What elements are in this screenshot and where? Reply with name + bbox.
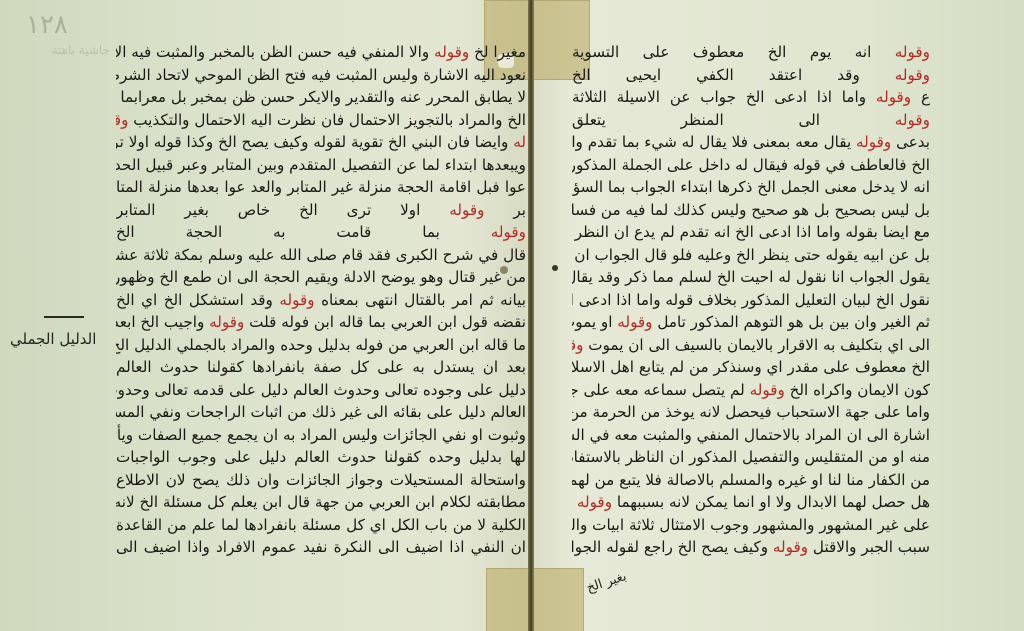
line-text: لم يتصل سماعه معه على جهة الوجوب — [572, 381, 750, 399]
text-line: له وايضا فان البني الخ تقوية لقوله وكيف … — [116, 131, 526, 154]
rubric-word: وقوله — [856, 133, 891, 151]
rubric-word: وقوله — [722, 561, 757, 562]
line-text: من غير قتال وهو يوضح الادلة ويقيم الحجة … — [116, 268, 526, 286]
text-line: ما قاله ابن العربي من فوله بدليل وحده وا… — [116, 334, 526, 357]
text-line: ثم الغير وان بين بل هو التوهم المذكور تا… — [572, 311, 930, 334]
line-text: وايضا فان البني الخ تقوية لقوله وكيف يصح… — [116, 133, 513, 151]
rubric-word: وقوله — [577, 493, 612, 511]
line-text: لما ظهر له تعالى — [572, 561, 722, 562]
rubric-word: وقوله — [750, 381, 785, 399]
line-text: ويبعدها ابتداء لما عن التفصيل المتقدم وب… — [116, 156, 526, 174]
text-line: ان النفي اذا اضيف الى النكرة نفيد عموم ا… — [116, 536, 526, 559]
line-text: انه لا يدخل معنى الجمل الخ ذكرها ابتداء … — [572, 178, 930, 196]
line-text: واما اذا ادعى الخ جواب عن الاسيلة الثلاث… — [572, 88, 876, 106]
rubric-word: وقوله — [773, 538, 808, 556]
line-text: وقد اعتقد الكفي ايحيى الخ — [572, 66, 895, 84]
text-line: كون الايمان واكراه الخ وقوله لم يتصل سما… — [572, 379, 930, 402]
text-line: واستحالة المستحيلات وجواز الجائزات وان ذ… — [116, 469, 526, 492]
manuscript-spread: ١٢٨ حاشية باهتة الدليل الجملي مغيرا لخ و… — [0, 0, 1024, 631]
line-text: وثبوت او نفي الجائزات وليس المراد به ان … — [116, 426, 526, 444]
text-line: من الكفار منا لنا او غيره والمسلم بالاصا… — [572, 469, 930, 492]
text-line: بعد ان يستدل به على كل صفة بانفرادها كقو… — [116, 356, 526, 379]
text-line: بر وقوله اولا ترى الخ خاص بغير المتابر — [116, 199, 526, 222]
text-line: نقضه قول ابن العربي بما قاله ابن فوله قل… — [116, 311, 526, 334]
rubric-word: وقوله — [209, 313, 244, 331]
line-text: قال في شرح الكبرى فقد قام صلى الله عليه … — [116, 246, 526, 264]
text-line: دليل على وجوده تعالى وحدوث العالم دليل ع… — [116, 379, 526, 402]
line-text: الخ معطوف على مقدر اي وسنذكر من لم يتابع… — [572, 358, 930, 376]
text-line: من غير قتال وهو يوضح الادلة ويقيم الحجة … — [116, 266, 526, 289]
line-text: كون الايمان واكراه الخ — [785, 381, 930, 399]
line-text: نعود اليه الاشارة وليس المثبت فيه فتح ال… — [116, 66, 526, 84]
line-text: انه يوم الخ معطوف على التسوية — [572, 43, 895, 61]
text-line: الخ فالعاطف في قوله فيقال له داخل على ال… — [572, 154, 930, 177]
line-text: بعد ان يستدل به على كل صفة بانفرادها كقو… — [116, 358, 526, 376]
rubric-word: وقوله — [449, 201, 484, 219]
line-text: العالم دليل على بقائه الى غير ذلك من اثب… — [116, 403, 526, 421]
text-line: يقول الجواب انا نقول له احيت الخ لسلم مم… — [572, 266, 930, 289]
line-text: دليل على وجوده تعالى وحدوث العالم دليل ع… — [116, 381, 526, 399]
rubric-word: وقوله — [895, 66, 930, 84]
text-line: بل ليس بصحيح بل هو صحيح وليس كذلك لما في… — [572, 199, 930, 222]
line-text: قد تقدمنا التنبيه عليه — [757, 561, 930, 562]
line-text: بر — [484, 201, 526, 219]
line-text: اشارة الى ان المراد بالاحتمال المنفي وال… — [572, 426, 930, 444]
text-line: بيانه ثم امر بالقتال انتهى بمعناه وقوله … — [116, 289, 526, 312]
text-line: الى اي بتكليف به الاقرار بالايمان بالسيف… — [572, 334, 930, 357]
rubric-word: وقوله — [434, 43, 469, 61]
line-text: ثم الغير وان بين بل هو التوهم المذكور تا… — [653, 313, 930, 331]
line-text: مطابقته لكلام ابن العربي من جهة قال ابن … — [116, 493, 526, 511]
line-text: واستحالة المستحيلات وجواز الجائزات وان ذ… — [116, 471, 526, 489]
text-line: وقوله وقد اعتقد الكفي ايحيى الخ — [572, 64, 930, 87]
text-line: العالم دليل على بقائه الى غير ذلك من اثب… — [116, 401, 526, 424]
text-line: وقوله انه يوم الخ معطوف على التسوية — [572, 41, 930, 64]
text-line: بدعى وقوله يقال معه بمعنى فلا يقال له شي… — [572, 131, 930, 154]
line-text: الكلية لا من باب الكل اي كل مسئلة بانفرا… — [116, 516, 526, 534]
line-text: لا يطابق المحرر عنه والتقدير والايكر حسن… — [116, 88, 526, 106]
line-text: من الكفار منا لنا او غيره والمسلم بالاصا… — [572, 471, 930, 489]
rubric-word: وقوله — [572, 336, 583, 354]
text-line: اشارة الى ان المراد بالاحتمال المنفي وال… — [572, 424, 930, 447]
line-text: واجيب الخ ابعد — [116, 313, 209, 331]
line-text: ع — [911, 88, 930, 106]
left-page-text: مغيرا لخ وقوله والا المنفي فيه حسن الظن … — [116, 41, 526, 586]
line-text: نقول الخ لبيان التعليل المذكور بخلاف قول… — [572, 291, 930, 309]
line-text: بل ليس بصحيح بل هو صحيح وليس كذلك لما في… — [572, 201, 930, 219]
line-text: بيانه ثم امر بالقتال انتهى بمعناه — [315, 291, 526, 309]
line-text: بدعى — [891, 133, 930, 151]
text-line: نقول الخ لبيان التعليل المذكور بخلاف قول… — [572, 289, 930, 312]
line-text: نقضه قول ابن العربي بما قاله ابن فوله قل… — [244, 313, 526, 331]
line-text: واما على جهة الاستحباب فيحصل لانه يوخذ م… — [572, 403, 930, 421]
text-line: على غير المشهور والمشهور وجوب الامتثال ث… — [572, 514, 930, 537]
line-text: مع ايضا بقوله واما اذا ادعى الخ انه تقدم… — [572, 223, 930, 241]
text-line: انه لا يدخل معنى الجمل الخ ذكرها ابتداء … — [572, 176, 930, 199]
text-line: بل عن ابيه يقوله حتى ينظر الخ وعليه فلو … — [572, 244, 930, 267]
text-line: ع وقوله واما اذا ادعى الخ جواب عن الاسيل… — [572, 86, 930, 109]
rubric-word: وقوله — [895, 43, 930, 61]
book-gutter — [528, 0, 534, 631]
line-text: عوا فبل اقامة الحجة منزلة غير المتابر وا… — [116, 178, 526, 196]
margin-mark — [44, 316, 84, 318]
rubric-word: وقوله — [491, 223, 526, 241]
left-margin-note: الدليل الجملي — [10, 330, 96, 348]
rubric-word: وقوله — [895, 111, 930, 129]
rubric-word: وقو — [116, 111, 128, 129]
text-line: الخ معطوف على مقدر اي وسنذكر من لم يتابع… — [572, 356, 930, 379]
line-text: الى المنظر يتعلق — [572, 111, 895, 129]
line-text: ما قاله ابن العربي من فوله بدليل وحده وا… — [116, 336, 526, 354]
text-line: مغيرا لخ وقوله والا المنفي فيه حسن الظن … — [116, 41, 526, 64]
rubric-word: وقوله — [876, 88, 911, 106]
line-text: يقول الجواب انا نقول له احيت الخ لسلم مم… — [572, 268, 930, 286]
line-text: مغيرا لخ — [469, 43, 526, 61]
text-line: مطابقته لكلام ابن العربي من جهة قال ابن … — [116, 491, 526, 514]
ink-dot — [552, 265, 558, 271]
line-text: ان النفي اذا اضيف الى النكرة نفيد عموم ا… — [116, 538, 526, 556]
text-line: سبب الجبر والاقتل وقوله وكيف يصح الخ راج… — [572, 536, 930, 559]
text-line: ويبعدها ابتداء لما عن التفصيل المتقدم وب… — [116, 154, 526, 177]
line-text: بل عن ابيه يقوله حتى ينظر الخ وعليه فلو … — [572, 246, 930, 264]
text-line: وقوله الى المنظر يتعلق — [572, 109, 930, 132]
line-text: الخ والمراد بالتجويز الاحتمال فان نظرت ا… — [128, 111, 526, 129]
line-text: او يموت او فيه بمعنى — [572, 313, 617, 331]
line-text: على غير المشهور والمشهور وجوب الامتثال ث… — [572, 516, 930, 534]
rubric-word: له — [513, 133, 526, 151]
text-line: وثبوت او نفي الجائزات وليس المراد به ان … — [116, 424, 526, 447]
line-text: اولا ترى الخ خاص بغير المتابر — [116, 201, 449, 219]
line-text: سبب الجبر والاقتل — [808, 538, 930, 556]
text-line: منه او من المتقليس والتفصيل المذكور ان ا… — [572, 446, 930, 469]
folio-number: ١٢٨ — [26, 10, 68, 40]
text-line: هل حصل لهما الابدال ولا او انما يمكن لان… — [572, 491, 930, 514]
line-text: الى اي بتكليف به الاقرار بالايمان بالسيف… — [583, 336, 930, 354]
text-line: لا يطابق المحرر عنه والتقدير والايكر حسن… — [116, 86, 526, 109]
line-text: والا المنفي فيه حسن الظن بالمخبر والمثبت… — [116, 43, 434, 61]
line-text: بما قامت به الحجة الخ — [116, 223, 491, 241]
text-line: قال في شرح الكبرى فقد قام صلى الله عليه … — [116, 244, 526, 267]
text-line: واما على جهة الاستحباب فيحصل لانه يوخذ م… — [572, 401, 930, 424]
line-text: منه او من المتقليس والتفصيل المذكور ان ا… — [572, 448, 930, 466]
right-page-text: وقوله انه يوم الخ معطوف على التسوية وقول… — [572, 41, 930, 561]
text-line: قد تقدمنا التنبيه عليه وقوله لما ظهر له … — [572, 559, 930, 562]
rubric-word: وقوله — [617, 313, 652, 331]
faded-margin-note: حاشية باهتة — [30, 42, 110, 102]
text-line: لها بدليل وحده كقولنا حدوث العالم دليل ع… — [116, 446, 526, 469]
text-line: الخ والمراد بالتجويز الاحتمال فان نظرت ا… — [116, 109, 526, 132]
line-text: وقد استشكل الخ اي الخ — [116, 291, 279, 309]
line-text: وكيف يصح الخ راجع لقوله الجواب انا نقول … — [572, 538, 773, 556]
line-text: لها بدليل وحده كقولنا حدوث العالم دليل ع… — [116, 448, 526, 466]
line-text: هل حصل لهما الابدال ولا او انما يمكن لان… — [612, 493, 930, 511]
text-line: نعود اليه الاشارة وليس المثبت فيه فتح ال… — [116, 64, 526, 87]
line-text: الخ فالعاطف في قوله فيقال له داخل على ال… — [572, 156, 930, 174]
rubric-word: وقوله — [279, 291, 314, 309]
text-line: وقوله بما قامت به الحجة الخ — [116, 221, 526, 244]
text-line: عوا فبل اقامة الحجة منزلة غير المتابر وا… — [116, 176, 526, 199]
text-line: الكلية لا من باب الكل اي كل مسئلة بانفرا… — [116, 514, 526, 537]
text-line: مع ايضا بقوله واما اذا ادعى الخ انه تقدم… — [572, 221, 930, 244]
line-text: يقال معه بمعنى فلا يقال له شيء بما تقدم … — [572, 133, 856, 151]
